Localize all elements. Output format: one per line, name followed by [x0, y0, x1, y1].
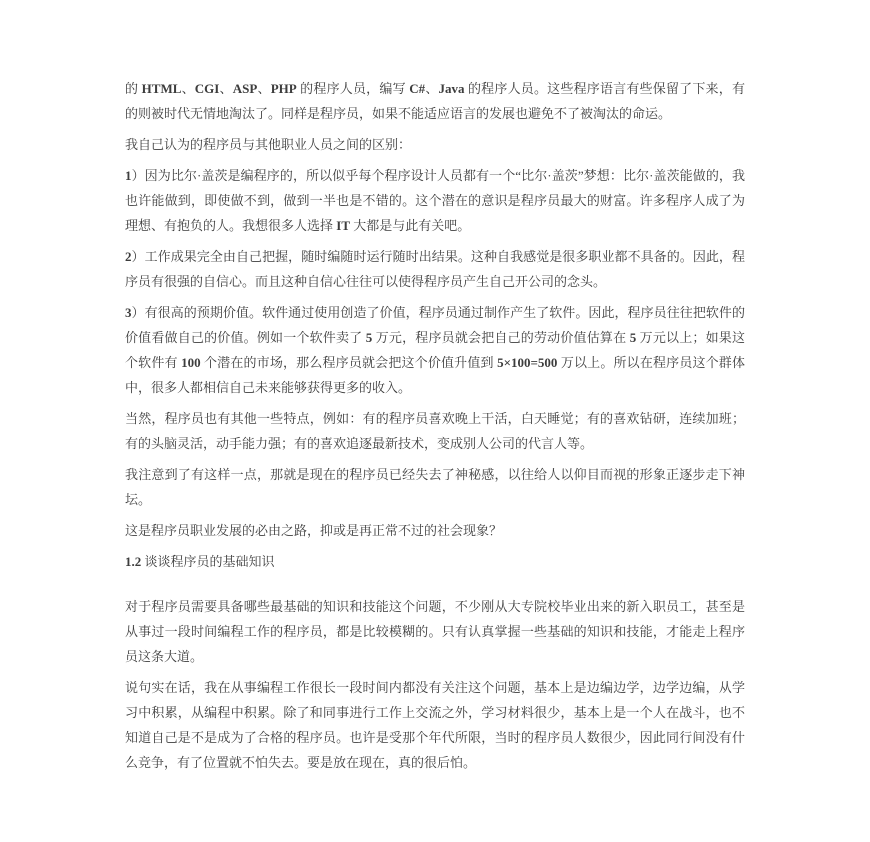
text-run: 万元，程序员就会把自己的劳动价值估算在	[372, 330, 629, 345]
text-run: 大都是与此有关吧。	[350, 218, 470, 233]
text-run: 这是程序员职业发展的必由之路，抑或是再正常不过的社会现象？	[125, 523, 502, 538]
document-page: 的 HTML、CGI、ASP、PHP 的程序人员，编写 C#、Java 的程序人…	[0, 0, 870, 842]
text-run: 1.2	[125, 554, 141, 569]
text-run: 我注意到了有这样一点，那就是现在的程序员已经失去了神秘感，以往给人以仰目而视的形…	[125, 467, 745, 507]
paragraph: 我自己认为的程序员与其他职业人员之间的区别：	[125, 132, 745, 157]
text-run: 的程序人员，编写	[297, 81, 410, 96]
text-run: Java	[439, 81, 465, 96]
text-run: IT	[336, 218, 350, 233]
text-run: 谈谈程序员的基础知识	[141, 554, 274, 569]
text-run: 5×100=500	[497, 355, 557, 370]
paragraph: 1）因为比尔·盖茨是编程序的，所以似乎每个程序设计人员都有一个“比尔·盖茨”梦想…	[125, 163, 745, 238]
paragraph: 的 HTML、CGI、ASP、PHP 的程序人员，编写 C#、Java 的程序人…	[125, 76, 745, 126]
paragraph: 当然，程序员也有其他一些特点，例如：有的程序员喜欢晚上干活，白天睡觉；有的喜欢钻…	[125, 406, 745, 456]
paragraph: 对于程序员需要具备哪些最基础的知识和技能这个问题，不少刚从大专院校毕业出来的新入…	[125, 594, 745, 669]
paragraph: 2）工作成果完全由自己把握，随时编随时运行随时出结果。这种自我感觉是很多职业都不…	[125, 244, 745, 294]
text-run: 、	[425, 81, 438, 96]
text-run: 的	[125, 81, 142, 96]
text-run: 、	[181, 81, 194, 96]
text-run: PHP	[271, 81, 297, 96]
text-block: 的 HTML、CGI、ASP、PHP 的程序人员，编写 C#、Java 的程序人…	[125, 76, 745, 775]
text-run: 100	[181, 355, 201, 370]
text-run: 说句实在话，我在从事编程工作很长一段时间内都没有关注这个问题，基本上是边编边学，…	[125, 680, 745, 770]
section-heading: 1.2 谈谈程序员的基础知识	[125, 549, 745, 574]
text-run: 对于程序员需要具备哪些最基础的知识和技能这个问题，不少刚从大专院校毕业出来的新入…	[125, 599, 745, 664]
paragraph: 我注意到了有这样一点，那就是现在的程序员已经失去了神秘感，以往给人以仰目而视的形…	[125, 462, 745, 512]
text-run: ）工作成果完全由自己把握，随时编随时运行随时出结果。这种自我感觉是很多职业都不具…	[125, 249, 745, 289]
text-run: 个潜在的市场，那么程序员就会把这个价值升值到	[201, 355, 497, 370]
text-run: HTML	[142, 81, 182, 96]
text-run: 、	[257, 81, 270, 96]
text-run: 当然，程序员也有其他一些特点，例如：有的程序员喜欢晚上干活，白天睡觉；有的喜欢钻…	[125, 411, 745, 451]
text-run: 、	[219, 81, 232, 96]
paragraph: 3）有很高的预期价值。软件通过使用创造了价值，程序员通过制作产生了软件。因此，程…	[125, 300, 745, 400]
paragraph: 这是程序员职业发展的必由之路，抑或是再正常不过的社会现象？	[125, 518, 745, 543]
text-run: C#	[409, 81, 425, 96]
text-run: 我自己认为的程序员与其他职业人员之间的区别：	[125, 137, 411, 152]
text-run: ASP	[233, 81, 258, 96]
paragraph: 说句实在话，我在从事编程工作很长一段时间内都没有关注这个问题，基本上是边编边学，…	[125, 675, 745, 775]
text-run: CGI	[195, 81, 220, 96]
